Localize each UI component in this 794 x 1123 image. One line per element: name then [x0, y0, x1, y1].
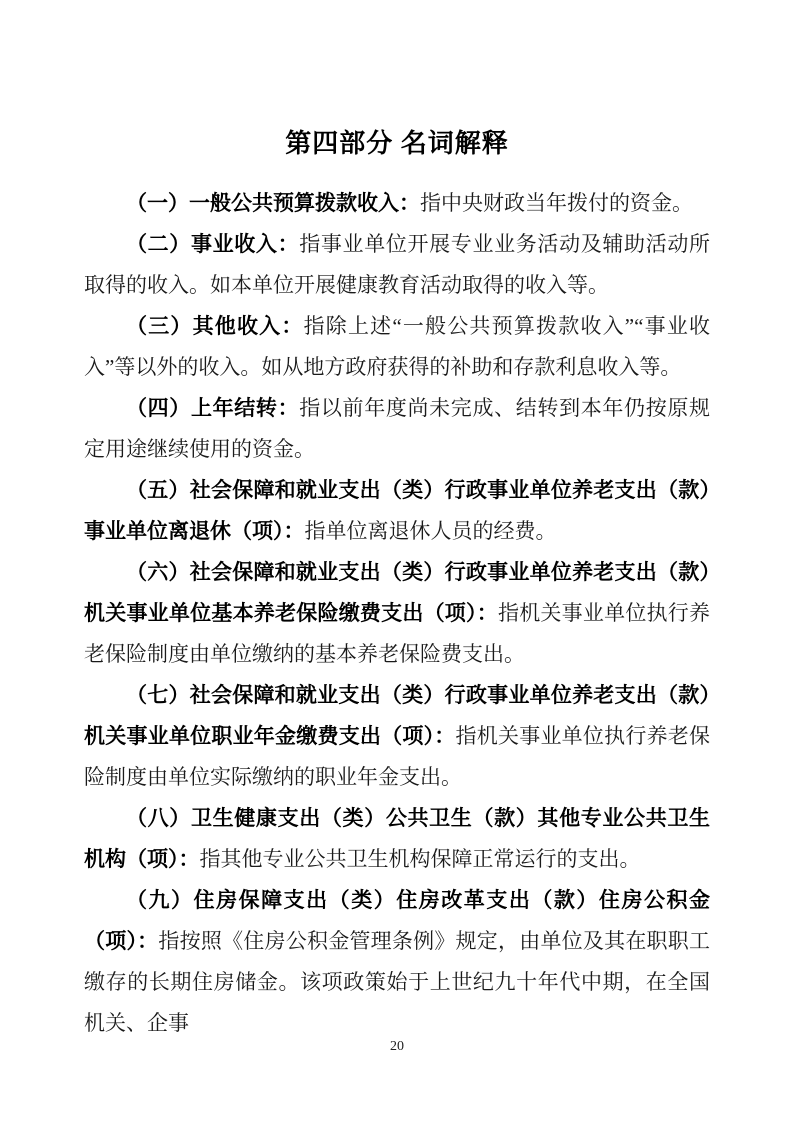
term-label: （四）上年结转：: [126, 396, 299, 420]
definition-paragraph: （三）其他收入：指除上述“一般公共预算拨款收入”“事业收入”等以外的收入。如从地…: [84, 306, 710, 388]
definition-paragraph: （七）社会保障和就业支出（类）行政事业单位养老支出（款）机关事业单位职业年金缴费…: [84, 675, 710, 798]
page-number: 20: [0, 1039, 794, 1055]
term-definition: 指按照《住房公积金管理条例》规定，由单位及其在职职工缴存的长期住房储金。该项政策…: [84, 929, 710, 1035]
definition-paragraph: （八）卫生健康支出（类）公共卫生（款）其他专业公共卫生机构（项）：指其他专业公共…: [84, 798, 710, 880]
definition-paragraph: （一）一般公共预算拨款收入：指中央财政当年拨付的资金。: [84, 183, 710, 224]
term-definition: 指其他专业公共卫生机构保障正常运行的支出。: [200, 847, 641, 871]
page-title: 第四部分 名词解释: [84, 126, 710, 162]
definition-paragraph: （二）事业收入：指事业单位开展专业业务活动及辅助活动所取得的收入。如本单位开展健…: [84, 224, 710, 306]
definition-paragraph: （九）住房保障支出（类）住房改革支出（款）住房公积金（项）：指按照《住房公积金管…: [84, 880, 710, 1044]
term-definition: 指单位离退休人员的经费。: [305, 519, 557, 543]
document-body: （一）一般公共预算拨款收入：指中央财政当年拨付的资金。 （二）事业收入：指事业单…: [84, 183, 710, 1044]
term-label: （二）事业收入：: [126, 232, 299, 256]
document-content: 第四部分 名词解释 （一）一般公共预算拨款收入：指中央财政当年拨付的资金。 （二…: [84, 0, 710, 1044]
definition-paragraph: （四）上年结转：指以前年度尚未完成、结转到本年仍按原规定用途继续使用的资金。: [84, 388, 710, 470]
definition-paragraph: （五）社会保障和就业支出（类）行政事业单位养老支出（款）事业单位离退休（项）：指…: [84, 470, 710, 552]
definition-paragraph: （六）社会保障和就业支出（类）行政事业单位养老支出（款）机关事业单位基本养老保险…: [84, 552, 710, 675]
term-label: （三）其他收入：: [126, 314, 304, 338]
term-label: （一）一般公共预算拨款收入：: [126, 191, 420, 215]
document-page: 第四部分 名词解释 （一）一般公共预算拨款收入：指中央财政当年拨付的资金。 （二…: [0, 0, 794, 1123]
term-definition: 指中央财政当年拨付的资金。: [420, 191, 693, 215]
